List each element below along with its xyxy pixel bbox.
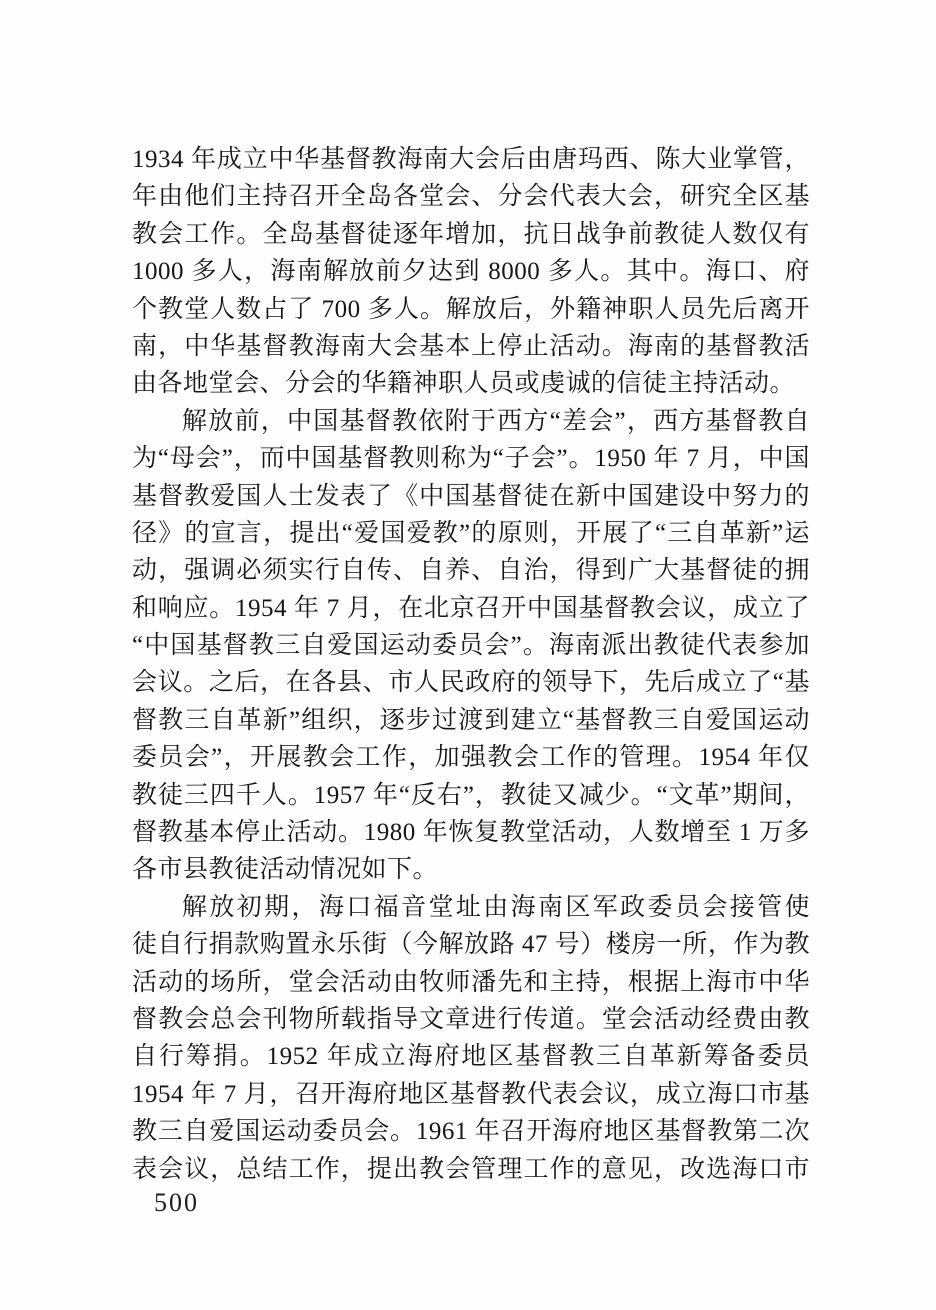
text-line: 1000 多人，海南解放前夕达到 8000 多人。其中。海口、府城两 [132,253,810,290]
scanned-book-page: 1934 年成立中华基督教海南大会后由唐玛西、陈大业掌管，每 年由他们主持召开全… [0,0,936,1310]
text-line: 年由他们主持召开全岛各堂会、分会代表大会，研究全区基督 [132,178,810,215]
text-line: 动，强调必须实行自传、自养、自治，得到广大基督徒的拥护 [132,552,810,589]
text-line: 委员会”，开展教会工作，加强教会工作的管理。1954 年仅有教 [132,739,810,776]
text-line: 由各地堂会、分会的华籍神职人员或虔诚的信徒主持活动。 [132,365,810,402]
text-line: 督教基本停止活动。1980 年恢复教堂活动，人数增至 1 万多人。 [132,814,810,851]
text-line: 基督教爱国人士发表了《中国基督徒在新中国建设中努力的途 [132,478,810,515]
text-line: 活动的场所，堂会活动由牧师潘先和主持，根据上海市中华基 [132,964,810,1001]
text-line: 径》的宣言，提出“爱国爱教”的原则，开展了“三自革新”运 [132,515,810,552]
text-line: 为“母会”，而中国基督教则称为“子会”。1950 年 7 月，中国 [132,440,810,477]
text-line: 解放初期，海口福音堂址由海南区军政委员会接管使用，教 [132,889,810,926]
text-line: 教三自爱国运动委员会。1961 年召开海府地区基督教第二次代 [132,1113,810,1150]
body-text: 1934 年成立中华基督教海南大会后由唐玛西、陈大业掌管，每 年由他们主持召开全… [132,141,810,1188]
text-line: 会议。之后，在各县、市人民政府的领导下，先后成立了“基 [132,664,810,701]
text-line: 自行筹捐。1952 年成立海府地区基督教三自革新筹备委员会， [132,1038,810,1075]
text-line: 和响应。1954 年 7 月，在北京召开中国基督教会议，成立了 [132,590,810,627]
text-line: 督教三自革新”组织，逐步过渡到建立“基督教三自爱国运动 [132,702,810,739]
text-line: 1934 年成立中华基督教海南大会后由唐玛西、陈大业掌管，每 [132,141,810,178]
text-line: 督教会总会刊物所载指导文章进行传道。堂会活动经费由教徒 [132,1001,810,1038]
text-line: 各市县教徒活动情况如下。 [132,851,810,888]
text-line: 南，中华基督教海南大会基本上停止活动。海南的基督教活动， [132,328,810,365]
text-line: 教徒三四千人。1957 年“反右”，教徒又减少。“文革”期间，基 [132,777,810,814]
text-line: 徒自行捐款购置永乐街（今解放路 47 号）楼房一所，作为教会 [132,926,810,963]
text-line: 解放前，中国基督教依附于西方“差会”，西方基督教自称 [132,403,810,440]
page-number: 500 [154,1188,199,1218]
text-line: 个教堂人数占了 700 多人。解放后，外籍神职人员先后离开海 [132,291,810,328]
text-line: 1954 年 7 月，召开海府地区基督教代表会议，成立海口市基督 [132,1076,810,1113]
text-line: 教会工作。全岛基督徒逐年增加，抗日战争前教徒人数仅有 [132,216,810,253]
text-line: 表会议，总结工作，提出教会管理工作的意见，改选海口市基 [132,1151,810,1188]
text-line: “中国基督教三自爱国运动委员会”。海南派出教徒代表参加了 [132,627,810,664]
